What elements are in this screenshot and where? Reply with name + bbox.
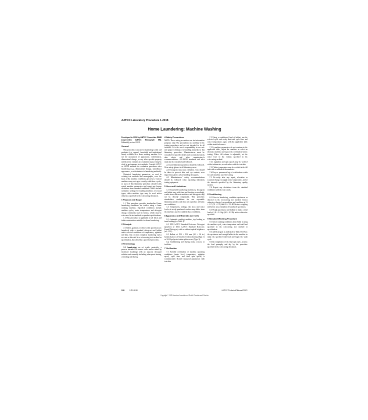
- footer-left: 166LP1-2018: [121, 290, 137, 292]
- text-columns: Developed in 2018 by AATCC Committee RA8…: [121, 136, 247, 288]
- paragraph: 9.3 On completion of the final spin cycl…: [207, 241, 247, 248]
- page-header: AATCC Laboratory Procedure 1-2018: [121, 119, 168, 122]
- paragraph: 8.1 Prior to laundering, condition speci…: [207, 196, 247, 208]
- paragraph: 7.1 Periodic verification of machine ope…: [164, 251, 204, 263]
- section-heading: General: [121, 146, 161, 148]
- section-heading: 2 Principle: [121, 224, 161, 226]
- footer-doc-code: LP1-2018: [130, 290, 138, 292]
- paragraph: 6.4 Conditioning and drying racks, scree…: [164, 241, 204, 246]
- paragraph: 5.2 Components, settings, tub sizes and …: [164, 206, 204, 213]
- paragraph: 5.1 Household laundering machinery, dete…: [164, 189, 204, 206]
- section-heading: 4 Safety Precautions: [164, 136, 204, 138]
- paragraph: 1.2 This procedure is applicable to all …: [121, 217, 161, 222]
- footer-page-number: 166: [121, 290, 124, 292]
- column-left: Developed in 2018 by AATCC Committee RA8…: [121, 136, 161, 288]
- paragraph: 7.3 If machine parameters do not conform…: [207, 146, 247, 160]
- page-title: Home Laundering: Machine Washing: [121, 127, 248, 132]
- paragraph: 7.6 Report any deviations from the stand…: [207, 187, 247, 192]
- paragraph: 4.1 Good laboratory practices should be …: [164, 164, 204, 169]
- section-heading: 5 Uses and Limitations: [164, 186, 204, 188]
- section-heading: 8 Conditioning: [207, 193, 247, 195]
- section-heading: 1 Purpose and Scope: [121, 199, 161, 201]
- section-heading: 9 Standard Washing Procedure: [207, 218, 247, 220]
- paragraph: 4.2 Detergents may cause irritation. Car…: [164, 169, 204, 176]
- column-middle: 4 Safety PrecautionsNOTE: These safety p…: [164, 136, 204, 288]
- paragraph: 2.1 Fabric, garment, or other textile sp…: [121, 227, 161, 241]
- paragraph: Historical laundering parameters, as use…: [121, 173, 161, 197]
- paragraph: 3.1 laundering, n.—of textile materials,…: [121, 246, 161, 258]
- paragraph: 4.3 Manufacturers' safety recommendation…: [164, 177, 204, 184]
- section-heading: 7 Verification: [164, 248, 204, 250]
- paragraph: This procedure is meant for laundering t…: [121, 149, 161, 173]
- footer-manual-name: AATCC Technical Manual/2019: [221, 290, 247, 292]
- footer-copyright: Copyright © 2019 American Association of…: [121, 295, 248, 297]
- paragraph: 7.5 Re-verify after any repair, relocati…: [207, 177, 247, 187]
- document-page: AATCC Laboratory Procedure 1-2018 Home L…: [121, 117, 248, 303]
- section-heading: 3 Terminology: [121, 243, 161, 245]
- page-content: AATCC Laboratory Procedure 1-2018 Home L…: [121, 117, 248, 303]
- paragraph: 7.3.2 Water temperature may be verified …: [207, 166, 247, 171]
- page-footer: 166LP1-2018 AATCC Technical Manual/2019: [121, 290, 247, 292]
- paragraph: 7.3.1 Agitation and spin speeds may be v…: [207, 161, 247, 166]
- paragraph: Developed in 2018 by AATCC Committee RA8…: [121, 136, 161, 144]
- paragraph: 6.3 Ballast of 920 × 920 mm (36 × 36 in.…: [164, 233, 204, 240]
- paragraph: 6.2 1993 AATCC Standard Reference Deterg…: [164, 223, 204, 233]
- paragraph: 1.1 This procedure provides standardized…: [121, 202, 161, 216]
- paragraph: 8.2 Weigh specimens and ballast to make …: [207, 209, 247, 216]
- paragraph: 6.1 Automatic washing machine, top loadi…: [164, 218, 204, 223]
- column-right: 7.2 Using a conditioned load of ballast,…: [207, 136, 247, 288]
- paragraph: 9.2 Add detergent as indicated in Table …: [207, 231, 247, 241]
- document-preview: AATCC Laboratory Procedure 1-2018 Home L…: [0, 0, 368, 420]
- paragraph: 7.4 Keep a permanent log of verification…: [207, 171, 247, 176]
- paragraph: NOTE: These safety precautions are for i…: [164, 139, 204, 163]
- paragraph: 7.2 Using a conditioned load of ballast,…: [207, 136, 247, 146]
- paragraph: 9.1 Select washing conditions from Table…: [207, 221, 247, 231]
- section-heading: 6 Apparatus and Materials (see 12.1): [164, 215, 204, 217]
